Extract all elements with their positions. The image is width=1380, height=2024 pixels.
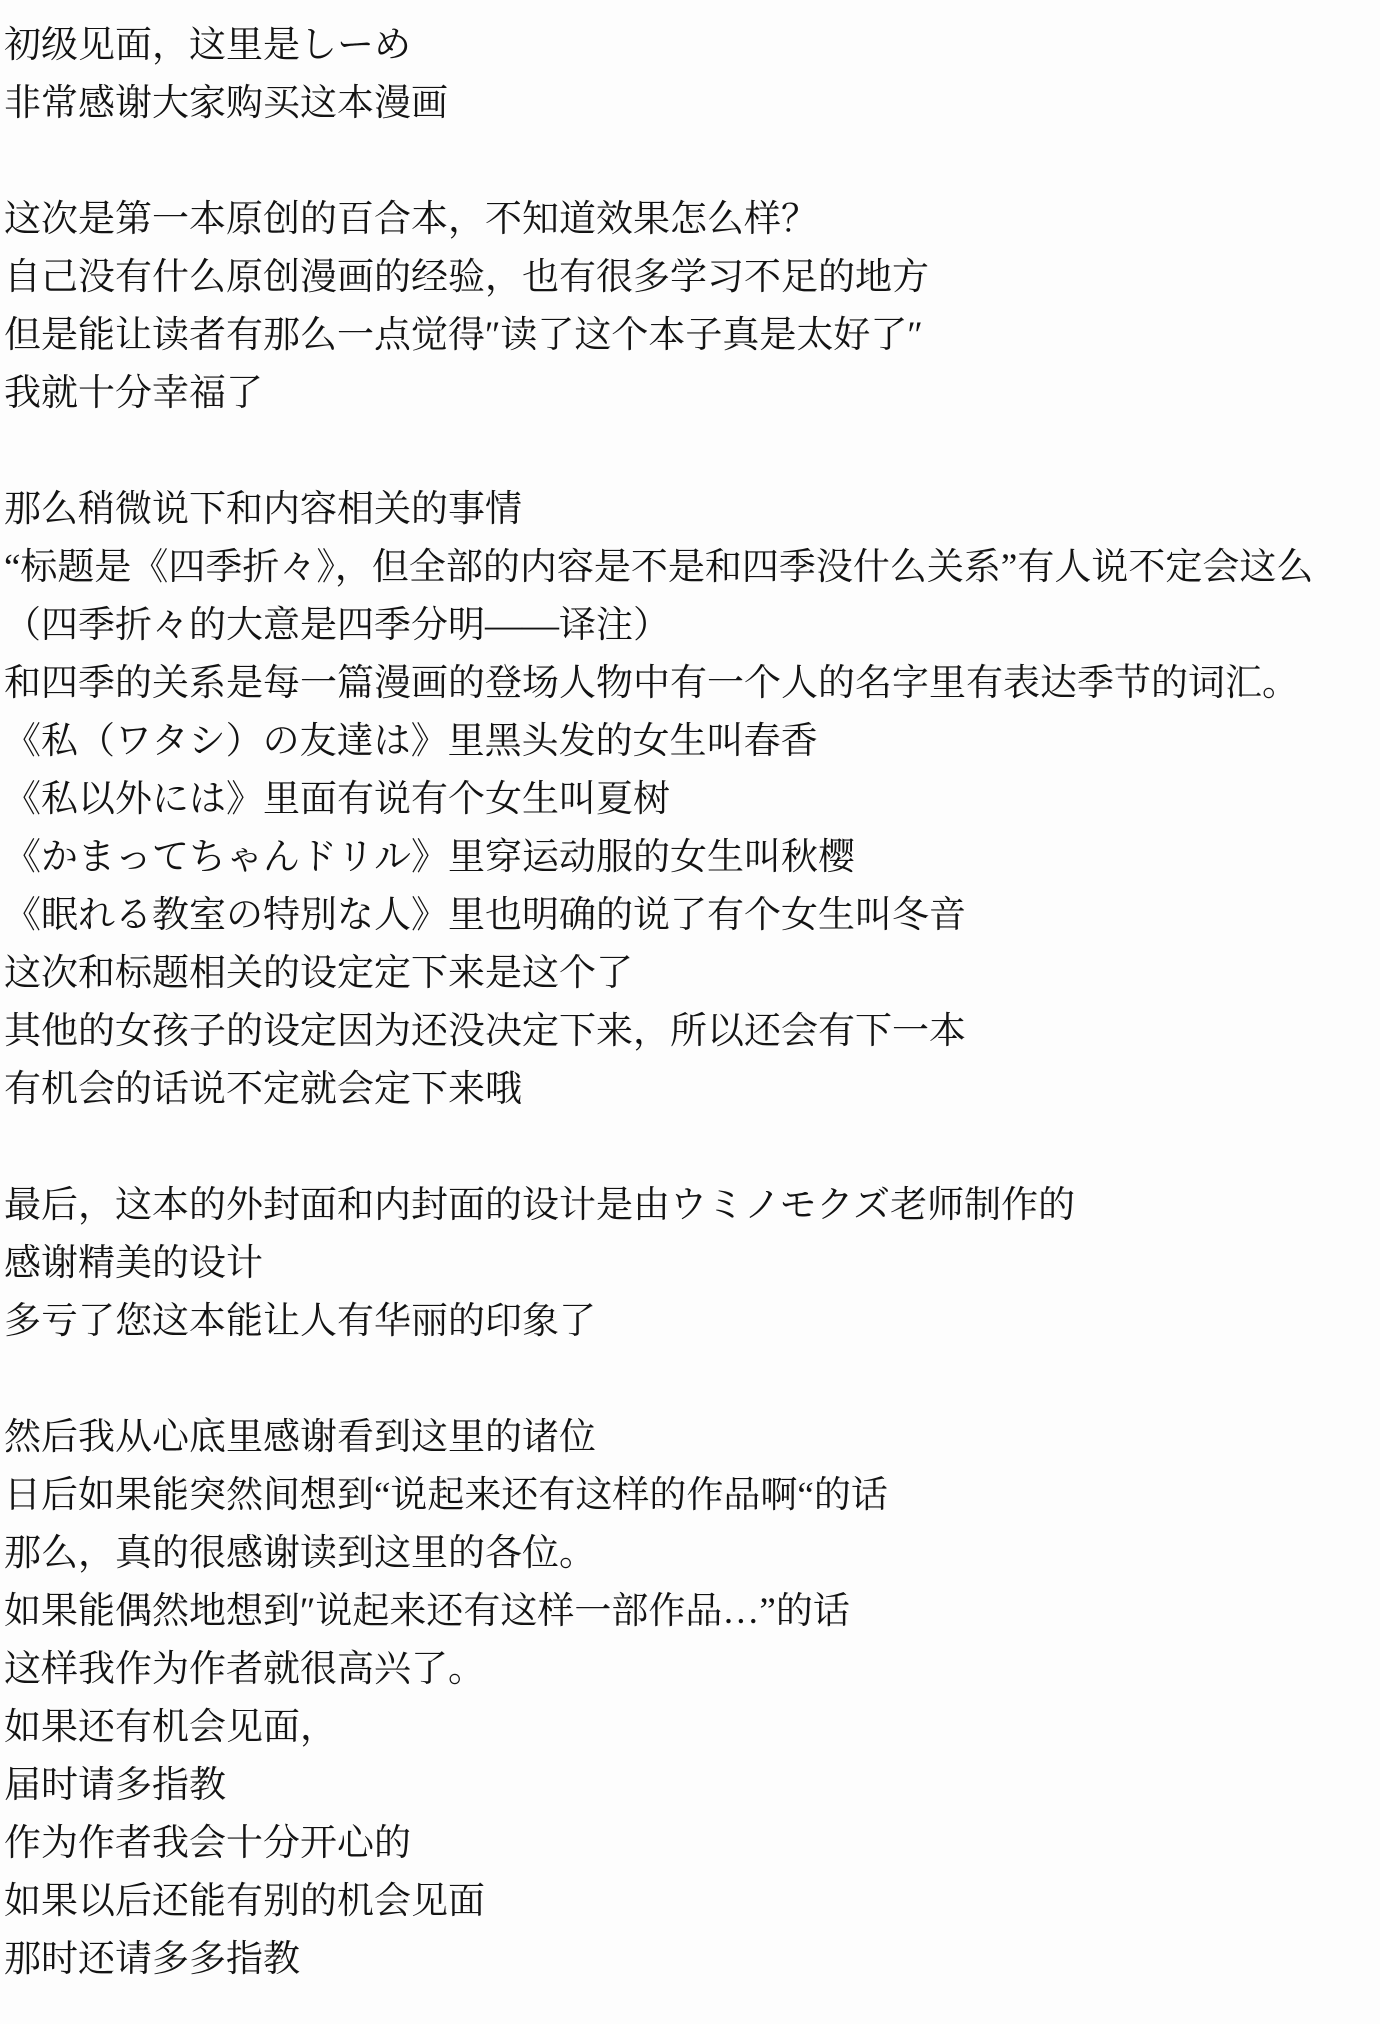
text-line: 然后我从心底里感谢看到这里的诸位	[4, 1409, 1380, 1467]
text-line	[4, 133, 1380, 191]
text-line: 那么，真的很感谢读到这里的各位。	[4, 1525, 1380, 1583]
text-line: 届时请多指教	[4, 1757, 1380, 1815]
text-line: 和四季的关系是每一篇漫画的登场人物中有一个人的名字里有表达季节的词汇。	[4, 655, 1380, 713]
text-line: 《私（ワタシ）の友達は》里黑头发的女生叫春香	[4, 713, 1380, 771]
text-line: 如果还有机会见面，	[4, 1699, 1380, 1757]
text-line: 《かまってちゃんドリル》里穿运动服的女生叫秋樱	[4, 829, 1380, 887]
text-line: 初级见面，这里是しーめ	[4, 17, 1380, 75]
text-line: 这次和标题相关的设定定下来是这个了	[4, 945, 1380, 1003]
text-line: （四季折々的大意是四季分明——译注）	[4, 597, 1380, 655]
text-line: 《眠れる教室の特別な人》里也明确的说了有个女生叫冬音	[4, 887, 1380, 945]
afterword-page: 初级见面，这里是しーめ非常感谢大家购买这本漫画这次是第一本原创的百合本，不知道效…	[0, 0, 1380, 2024]
text-line	[4, 1351, 1380, 1409]
text-line: 其他的女孩子的设定因为还没决定下来，所以还会有下一本	[4, 1003, 1380, 1061]
text-line: 如果以后还能有别的机会见面	[4, 1873, 1380, 1931]
text-line: 但是能让读者有那么一点觉得″读了这个本子真是太好了″	[4, 307, 1380, 365]
text-line	[4, 1119, 1380, 1177]
text-line: 那时还请多多指教	[4, 1931, 1380, 1989]
text-line: 感谢精美的设计	[4, 1235, 1380, 1293]
text-line: 多亏了您这本能让人有华丽的印象了	[4, 1293, 1380, 1351]
afterword-text-block: 初级见面，这里是しーめ非常感谢大家购买这本漫画这次是第一本原创的百合本，不知道效…	[4, 17, 1380, 1989]
text-line: 有机会的话说不定就会定下来哦	[4, 1061, 1380, 1119]
text-line	[4, 423, 1380, 481]
text-line: 《私以外には》里面有说有个女生叫夏树	[4, 771, 1380, 829]
text-line: 作为作者我会十分开心的	[4, 1815, 1380, 1873]
text-line: 如果能偶然地想到″说起来还有这样一部作品…”的话	[4, 1583, 1380, 1641]
text-line: 自己没有什么原创漫画的经验，也有很多学习不足的地方	[4, 249, 1380, 307]
text-line: 日后如果能突然间想到“说起来还有这样的作品啊“的话	[4, 1467, 1380, 1525]
text-line: 这样我作为作者就很高兴了。	[4, 1641, 1380, 1699]
text-line: 最后，这本的外封面和内封面的设计是由ウミノモクズ老师制作的	[4, 1177, 1380, 1235]
text-line: 我就十分幸福了	[4, 365, 1380, 423]
text-line: 非常感谢大家购买这本漫画	[4, 75, 1380, 133]
text-line: “标题是《四季折々》，但全部的内容是不是和四季没什么关系”有人说不定会这么	[4, 539, 1380, 597]
text-line: 那么稍微说下和内容相关的事情	[4, 481, 1380, 539]
text-line: 这次是第一本原创的百合本，不知道效果怎么样？	[4, 191, 1380, 249]
